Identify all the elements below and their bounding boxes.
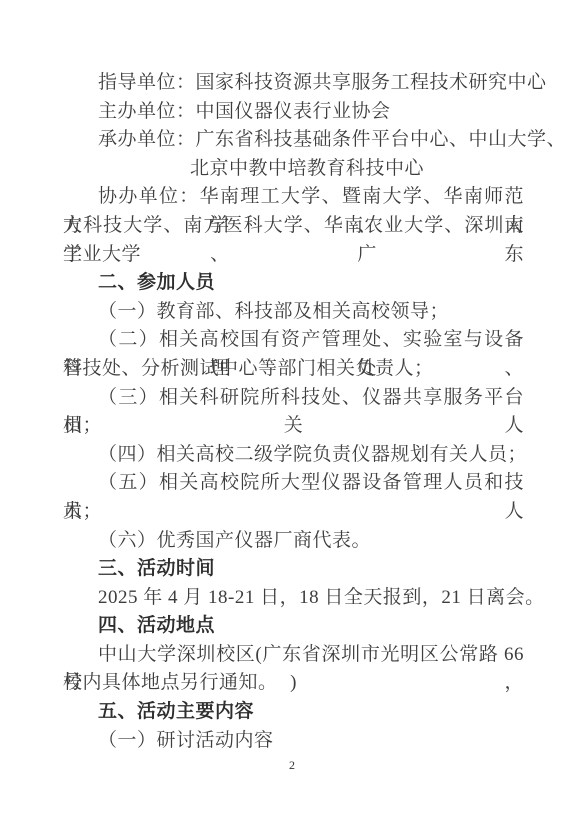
co-organizer-line: 协办单位：华南理工大学、暨南大学、华南师范大学、南 bbox=[63, 183, 524, 212]
organizer-unit-line: 承办单位：广东省科技基础条件平台中心、中山大学、 bbox=[63, 126, 524, 155]
participants-item-2: （二）相关高校国有资产管理处、实验室与设备管理处、 bbox=[63, 326, 524, 355]
participants-item-1: （一）教育部、科技部及相关高校领导； bbox=[63, 298, 524, 327]
organizer-unit-continuation: 北京中教中培教育科技中心 bbox=[63, 155, 524, 184]
co-organizer-continuation-1: 方科技大学、南方医科大学、华南农业大学、深圳大学、广东 bbox=[63, 212, 524, 241]
participants-item-5: （五）相关高校院所大型仪器设备管理人员和技术人 bbox=[63, 469, 524, 498]
event-location-line: 中山大学深圳校区(广东省深圳市光明区公常路 66 号)， bbox=[63, 641, 524, 670]
guide-unit-line: 指导单位：国家科技资源共享服务工程技术研究中心 bbox=[63, 69, 524, 98]
subheading-seminar-content: （一）研讨活动内容 bbox=[63, 727, 524, 756]
document-text-block: 指导单位：国家科技资源共享服务工程技术研究中心 主办单位：中国仪器仪表行业协会 … bbox=[63, 69, 524, 755]
document-page: 指导单位：国家科技资源共享服务工程技术研究中心 主办单位：中国仪器仪表行业协会 … bbox=[0, 0, 584, 827]
host-unit-line: 主办单位：中国仪器仪表行业协会 bbox=[63, 98, 524, 127]
participants-item-6: （六）优秀国产仪器厂商代表。 bbox=[63, 527, 524, 556]
heading-participants: 二、参加人员 bbox=[63, 269, 524, 298]
heading-event-location: 四、活动地点 bbox=[63, 612, 524, 641]
page-number: 2 bbox=[0, 758, 584, 773]
heading-event-time: 三、活动时间 bbox=[63, 555, 524, 584]
participants-item-4: （四）相关高校二级学院负责仪器规划有关人员； bbox=[63, 441, 524, 470]
heading-event-content: 五、活动主要内容 bbox=[63, 698, 524, 727]
event-time-line: 2025 年 4 月 18-21 日，18 日全天报到，21 日离会。 bbox=[63, 584, 524, 613]
participants-item-3: （三）相关科研院所科技处、仪器共享服务平台相关人 bbox=[63, 384, 524, 413]
